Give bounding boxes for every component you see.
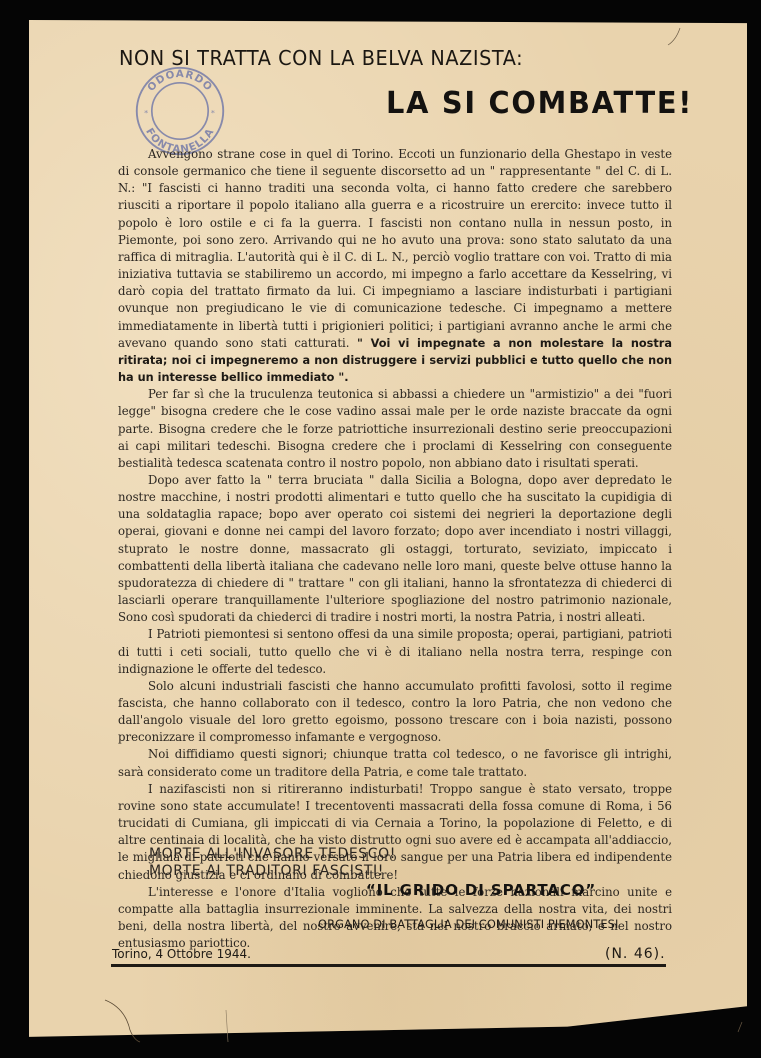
archive-stamp-icon: ODOARDO FONTANELLA * * <box>133 64 227 158</box>
masthead-subtitle: ORGANO DI BATTAGLIA DEI COMUNISTI PIEMON… <box>318 917 618 931</box>
svg-text:*: * <box>211 109 215 118</box>
masthead: “IL GRIDO DI SPARTACO” <box>320 881 642 899</box>
svg-text:ODOARDO: ODOARDO <box>145 68 215 94</box>
paragraph: Avvengono strane cose in quel di Torino.… <box>118 146 672 386</box>
slogans: MORTE ALL'INVASORE TEDESCO! MORTE AI TRA… <box>149 846 396 880</box>
paragraph-text: Avvengono strane cose in quel di Torino.… <box>118 147 672 350</box>
stamp-top-text: ODOARDO <box>145 68 215 94</box>
slogan: MORTE ALL'INVASORE TEDESCO! <box>149 846 396 863</box>
paragraph: Noi diffidiamo questi signori; chiunque … <box>118 746 672 780</box>
subheadline: LA SI COMBATTE! <box>386 86 693 121</box>
slogan: MORTE AI TRADITORI FASCISTI! <box>149 863 396 880</box>
paragraph: Per far sì che la truculenza teutonica s… <box>118 386 672 472</box>
article-body: Avvengono strane cose in quel di Torino.… <box>118 146 672 952</box>
footer-rule <box>111 964 666 967</box>
footer-date: Torino, 4 Ottobre 1944. <box>112 947 251 961</box>
paragraph: Solo alcuni industriali fascisti che han… <box>118 678 672 747</box>
issue-number: (N. 46). <box>605 946 666 962</box>
paragraph: Dopo aver fatto la " terra bruciata " da… <box>118 472 672 626</box>
svg-text:*: * <box>144 109 148 118</box>
paragraph: I Patrioti piemontesi si sentono offesi … <box>118 626 672 677</box>
